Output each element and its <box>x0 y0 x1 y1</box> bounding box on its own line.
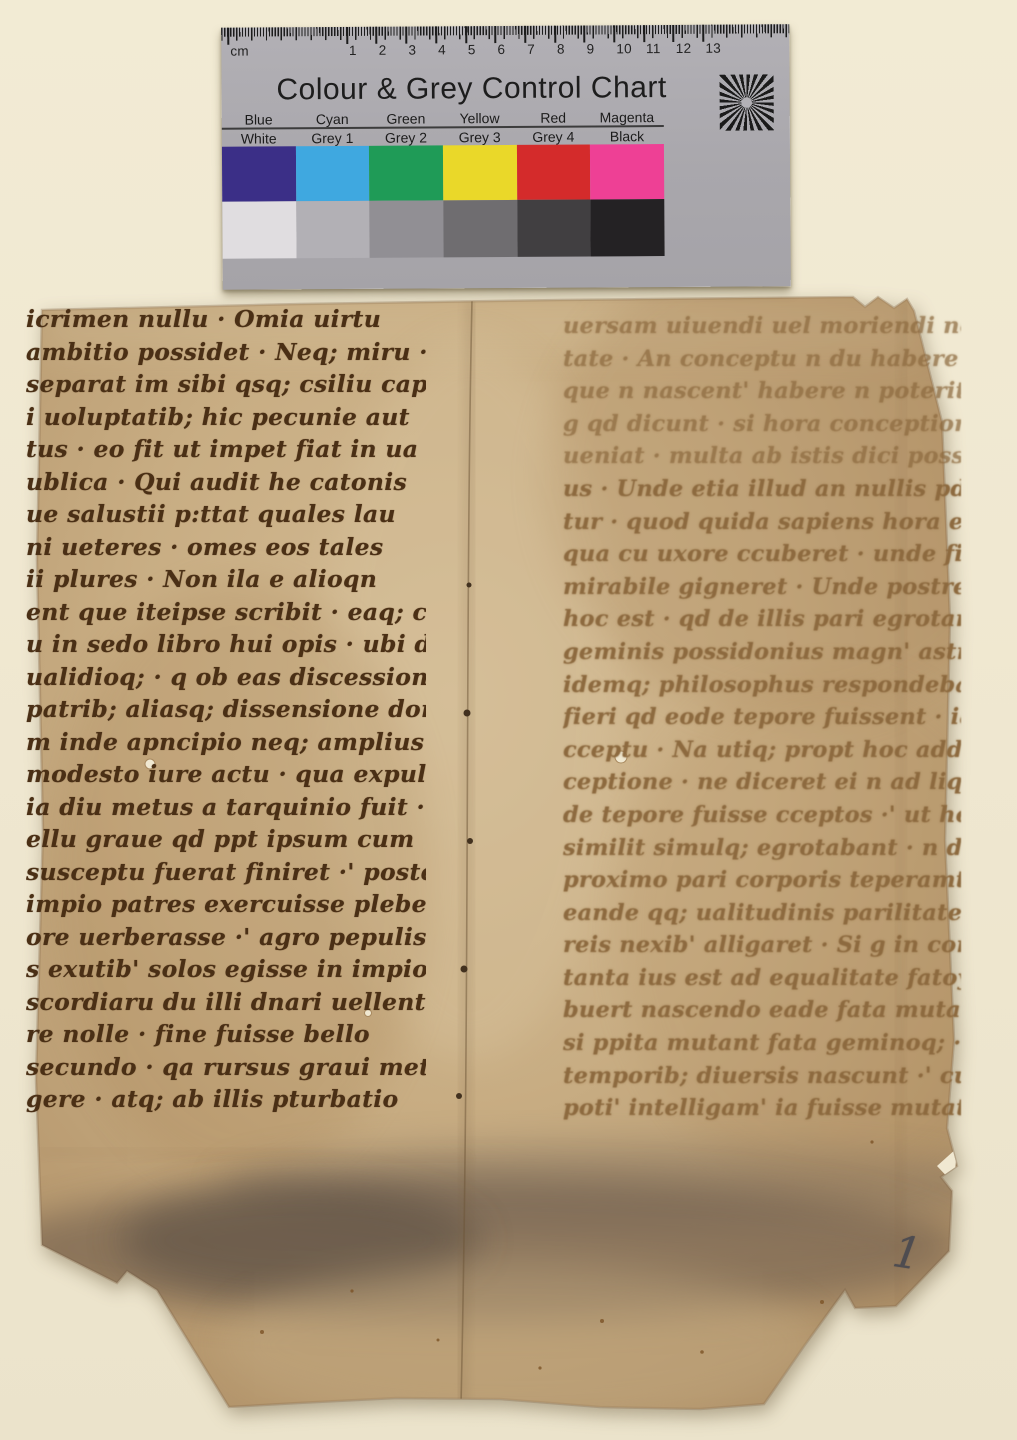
grey-name-label: Grey 4 <box>516 128 590 144</box>
color-patch-blue <box>222 146 296 201</box>
manuscript-line: eande qq; ualitudinis parilitate side <box>563 897 961 930</box>
ruler-number: 6 <box>497 42 505 57</box>
grey-name-label: Grey 3 <box>443 129 517 145</box>
ruler-tick: 7 <box>524 26 526 43</box>
manuscript-line: de tepore fuisse cceptos ·' ut hoc quod <box>563 799 961 832</box>
manuscript-line: ambitio possidet · Neq; miru · <box>26 336 426 369</box>
ruler-tick: 11 <box>643 25 645 42</box>
ruler-number: 11 <box>646 41 661 56</box>
ruler-number: 4 <box>438 42 446 57</box>
ruler-number: 2 <box>379 43 387 58</box>
manuscript-line: ii plures · Non ila e alioqn <box>26 563 426 596</box>
ruler-tick: 4 <box>435 26 437 43</box>
manuscript-line: temporib; diuersis nascunt ·' cur non <box>563 1060 961 1093</box>
color-patch-magenta <box>590 144 664 199</box>
color-name-label: Magenta <box>590 109 664 125</box>
manuscript-line: similit simulq; egrotabant · n daret di <box>563 832 961 865</box>
manuscript-line: tur · quod quida sapiens hora elegit <box>563 506 961 539</box>
ruler-unit-label: cm <box>230 44 249 59</box>
manuscript-left-column: icrimen nullu · Omia uirtu ambitio possi… <box>26 303 426 1128</box>
manuscript-line: u in sedo libro hui opis · ubi dicit <box>26 628 426 661</box>
manuscript-line: gere · atq; ab illis pturbatio <box>26 1083 426 1116</box>
manuscript-line: re nolle · fine fuisse bello <box>26 1018 426 1051</box>
grey-patch-row <box>222 199 664 259</box>
manuscript-line: impio patres exercuisse plebe ·' <box>26 888 426 921</box>
manuscript-line: icrimen nullu · Omia uirtu <box>26 303 426 336</box>
manuscript-line: proximo pari corporis teperamto · sed <box>563 864 961 897</box>
manuscript-line: geminis possidonius magn' astrolog' <box>563 636 961 669</box>
ruler-tick: 6 <box>494 26 496 43</box>
ruler-number: 10 <box>616 41 632 56</box>
manuscript-line: ni ueteres · omes eos tales <box>26 531 426 564</box>
color-patch-yellow <box>443 145 517 200</box>
ruler: cm 1 2 3 4 5 6 7 8 9 10 11 12 13 <box>221 24 789 67</box>
manuscript-line: reis nexib' alligaret · Si g in concept <box>563 929 961 962</box>
ruler-tick: 2 <box>376 27 378 44</box>
ruler-number: 13 <box>705 41 721 56</box>
manuscript-line: ue salustii p:ttat quales lau <box>26 498 426 531</box>
starburst-icon <box>720 74 774 130</box>
ruler-tick: 9 <box>583 26 585 43</box>
manuscript-line: qua cu uxore ccuberet · unde filium <box>563 538 961 571</box>
ruler-number: 12 <box>676 41 692 56</box>
grey-name-label: White <box>222 130 296 146</box>
manuscript-line: que n nascent' habere n poterit · Q <box>563 375 961 408</box>
manuscript-line: m inde apncipio neq; amplius <box>26 726 426 759</box>
manuscript-line: ublica · Qui audit he catonis <box>26 466 426 499</box>
manuscript-line: tus · eo fit ut impet fiat in ua <box>26 433 426 466</box>
manuscript-line: hoc est · qd de illis pari egrotantib; <box>563 603 961 636</box>
ruler-number: 5 <box>468 42 476 57</box>
grey-patch-grey2 <box>370 200 444 257</box>
manuscript-line: uersam uiuendi uel moriendi nec <box>563 310 961 343</box>
ruler-number: 1 <box>349 43 357 58</box>
manuscript-line: patrib; aliasq; dissensione domi <box>26 693 426 726</box>
color-patch-red <box>517 144 591 199</box>
manuscript-line: secundo · qa rursus graui met <box>26 1051 426 1084</box>
manuscript-line: us · Unde etia illud an nullis pdic <box>563 473 961 506</box>
manuscript-line: ualidioq; · q ob eas discessionem <box>26 661 426 694</box>
manuscript-line: tate · An conceptu n du habere fata <box>563 343 961 376</box>
color-name-label: Green <box>369 110 443 126</box>
manuscript-line: fieri qd eode tepore fuissent · ia cc <box>563 701 961 734</box>
ruler-number: 7 <box>527 42 535 57</box>
manuscript-line: ueniat · multa ab istis dici posse diui <box>563 440 961 473</box>
ruler-tick: 3 <box>405 27 407 44</box>
ruler-tick: 13 <box>702 25 704 42</box>
ruler-tick: 1 <box>346 27 348 44</box>
manuscript-line: buert nascendo eade fata mutari · di <box>563 994 961 1027</box>
grey-name-label: Grey 2 <box>369 129 443 145</box>
manuscript-line: scordiaru du illi dnari uellent · <box>26 986 426 1019</box>
chart-title: Colour & Grey Control Chart <box>221 71 721 108</box>
manuscript-line: ellu graue qd ppt ipsum cum <box>26 823 426 856</box>
manuscript-line: ia diu metus a tarquinio fuit · <box>26 791 426 824</box>
grey-patch-grey3 <box>443 200 517 257</box>
ruler-tick: 12 <box>673 25 675 42</box>
color-name-label: Red <box>516 109 590 125</box>
ruler-number: 9 <box>587 41 595 56</box>
color-patch-green <box>369 145 443 200</box>
ruler-tick: 5 <box>465 26 467 43</box>
manuscript-line: modesto iure actu · qua expulsis <box>26 758 426 791</box>
manuscript-right-column: uersam uiuendi uel moriendi nec tate · A… <box>563 310 961 1135</box>
manuscript-line: separat im sibi qsq; csiliu captu; <box>26 368 426 401</box>
manuscript-line: mirabile gigneret · Unde postremo e <box>563 571 961 604</box>
manuscript-line: poti' intelligam' ia fuisse mutata · ut <box>563 1092 961 1125</box>
grey-name-label: Grey 1 <box>295 130 369 146</box>
grey-patch-grey4 <box>517 199 591 256</box>
manuscript-line: i uoluptatib; hic pecunie aut <box>26 401 426 434</box>
manuscript-line: ent que iteipse scribit · eaq; co <box>26 596 426 629</box>
color-name-label: Cyan <box>295 111 369 127</box>
manuscript-line: idemq; philosophus respondebat · id eo <box>563 669 961 702</box>
colour-grey-control-chart: cm 1 2 3 4 5 6 7 8 9 10 11 12 13 Colour … <box>221 24 791 289</box>
grey-name-label: Black <box>590 128 664 144</box>
grey-patch-black <box>591 199 665 256</box>
ruler-number: 3 <box>408 43 416 58</box>
manuscript-line: ore uerberasse ·' agro pepulisse ·' <box>26 921 426 954</box>
grey-patch-grey1 <box>296 201 370 258</box>
manuscript-line: cceptu · Na utiq; propt hoc addebat c <box>563 734 961 767</box>
manuscript-line: g qd dicunt · si hora conceptionali <box>563 408 961 441</box>
manuscript-line: susceptu fuerat finiret ·' postea <box>26 856 426 889</box>
manuscript-line: si ppita mutant fata geminoq; · quia <box>563 1027 961 1060</box>
grey-patch-white <box>222 201 296 258</box>
ruler-tick: 8 <box>554 26 556 43</box>
photo-backdrop: icrimen nullu · Omia uirtu ambitio possi… <box>0 0 1017 1440</box>
color-name-label: Blue <box>222 111 296 127</box>
color-patch-row <box>222 144 664 202</box>
manuscript-line: s exutib' solos egisse in impio ·' <box>26 953 426 986</box>
ruler-number: 8 <box>557 42 565 57</box>
color-name-label: Yellow <box>443 110 517 126</box>
manuscript-line: ceptione · ne diceret ei n ad liquidu <box>563 766 961 799</box>
color-patch-cyan <box>296 146 370 201</box>
ruler-tick: cm <box>227 28 229 45</box>
ruler-tick: 10 <box>613 25 615 42</box>
manuscript-line: tanta ius est ad equalitate fatoy n de <box>563 962 961 995</box>
